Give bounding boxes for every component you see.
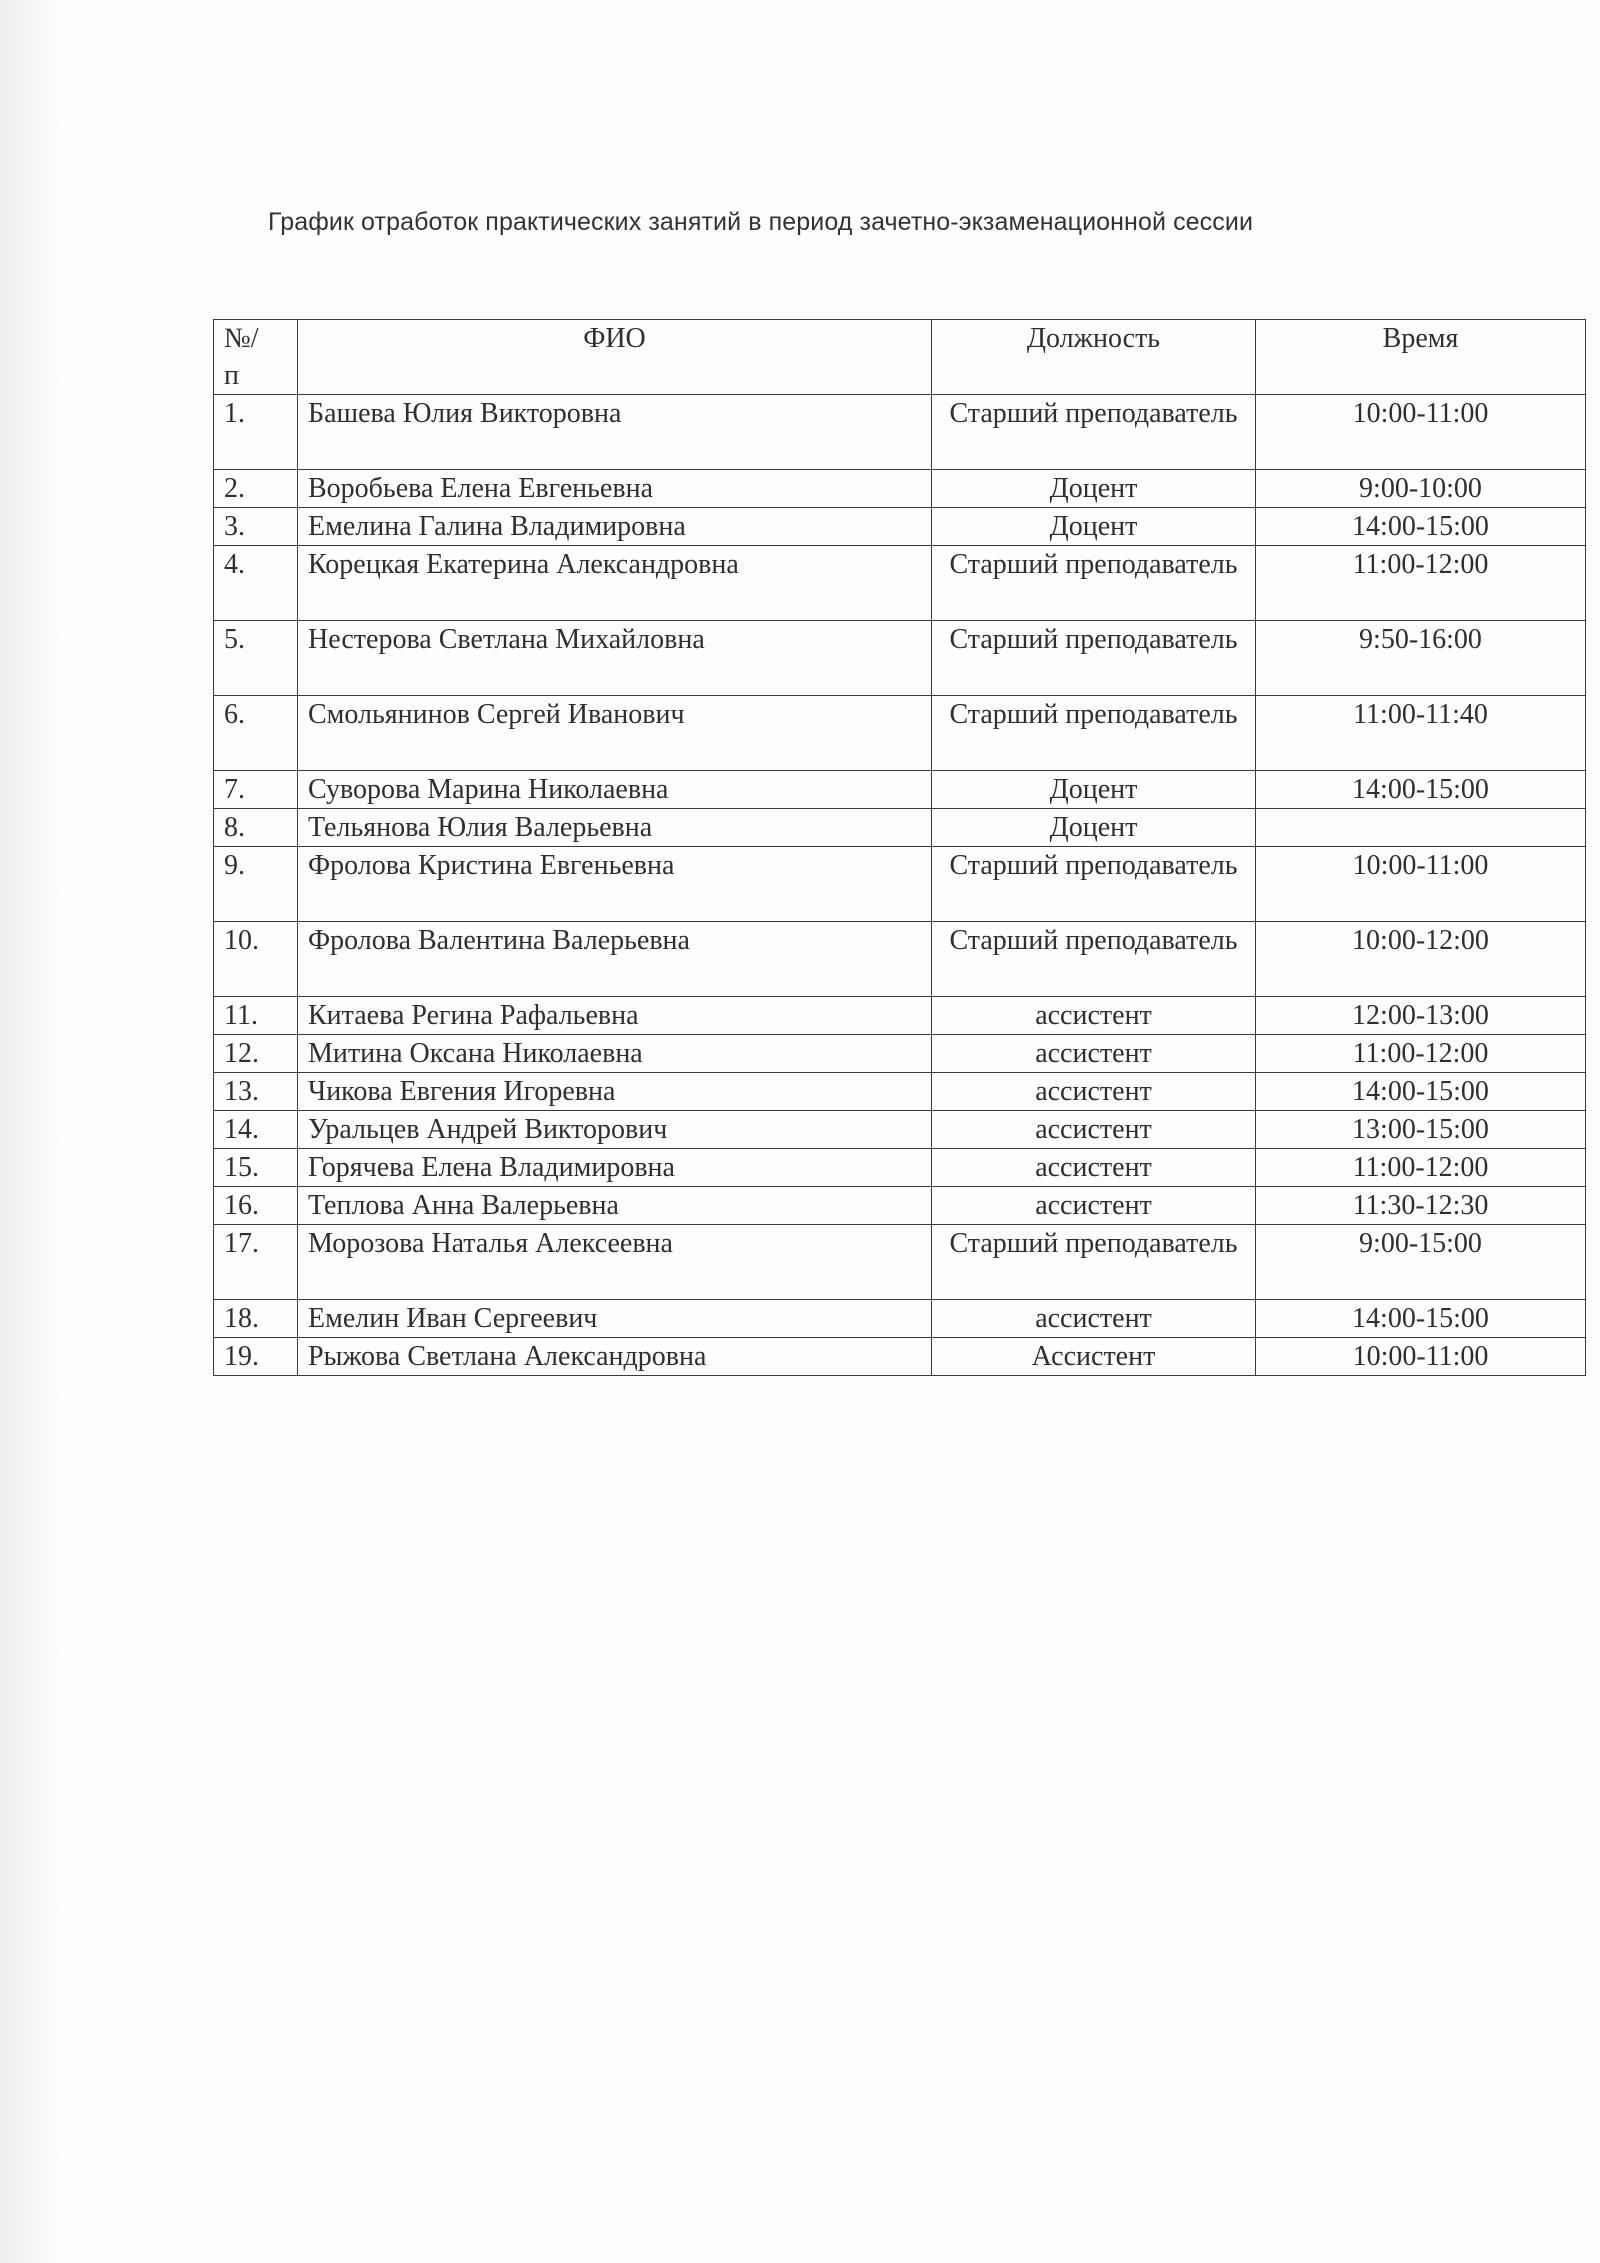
row-position: ассистент [932, 1149, 1256, 1187]
header-number: №/п [214, 320, 298, 395]
table-row: 16.Теплова Анна Валерьевнаассистент11:30… [214, 1187, 1586, 1225]
table-row: 17.Морозова Наталья АлексеевнаСтарший пр… [214, 1225, 1586, 1300]
header-full-name: ФИО [298, 320, 932, 395]
row-number: 17. [214, 1225, 298, 1300]
table-row: 14.Уральцев Андрей Викторовичассистент13… [214, 1111, 1586, 1149]
row-time: 12:00-13:00 [1256, 997, 1586, 1035]
row-time: 9:00-10:00 [1256, 470, 1586, 508]
row-full-name: Митина Оксана Николаевна [298, 1035, 932, 1073]
row-position: ассистент [932, 1187, 1256, 1225]
row-number: 3. [214, 508, 298, 546]
row-full-name: Тельянова Юлия Валерьевна [298, 809, 932, 847]
row-time: 10:00-11:00 [1256, 1338, 1586, 1376]
row-position: Старший преподаватель [932, 696, 1256, 771]
table-row: 9.Фролова Кристина ЕвгеньевнаСтарший пре… [214, 847, 1586, 922]
row-position: ассистент [932, 1111, 1256, 1149]
row-number: 5. [214, 621, 298, 696]
row-position: Ассистент [932, 1338, 1256, 1376]
row-time: 11:00-12:00 [1256, 1035, 1586, 1073]
row-full-name: Теплова Анна Валерьевна [298, 1187, 932, 1225]
row-time: 9:50-16:00 [1256, 621, 1586, 696]
row-full-name: Фролова Кристина Евгеньевна [298, 847, 932, 922]
row-full-name: Корецкая Екатерина Александровна [298, 546, 932, 621]
row-number: 8. [214, 809, 298, 847]
table-body: 1.Башева Юлия ВикторовнаСтарший преподав… [214, 395, 1586, 1376]
table-row: 13.Чикова Евгения Игоревнаассистент14:00… [214, 1073, 1586, 1111]
row-position: Старший преподаватель [932, 922, 1256, 997]
row-number: 14. [214, 1111, 298, 1149]
row-time: 10:00-11:00 [1256, 395, 1586, 470]
table-row: 2.Воробьева Елена ЕвгеньевнаДоцент9:00-1… [214, 470, 1586, 508]
row-time: 11:00-12:00 [1256, 1149, 1586, 1187]
row-number: 4. [214, 546, 298, 621]
row-full-name: Китаева Регина Рафальевна [298, 997, 932, 1035]
row-number: 15. [214, 1149, 298, 1187]
row-full-name: Емелин Иван Сергеевич [298, 1300, 932, 1338]
row-number: 10. [214, 922, 298, 997]
row-full-name: Горячева Елена Владимировна [298, 1149, 932, 1187]
row-time: 11:00-12:00 [1256, 546, 1586, 621]
row-time: 14:00-15:00 [1256, 771, 1586, 809]
row-full-name: Нестерова Светлана Михайловна [298, 621, 932, 696]
row-number: 16. [214, 1187, 298, 1225]
row-time: 14:00-15:00 [1256, 1073, 1586, 1111]
table-row: 19.Рыжова Светлана АлександровнаАссистен… [214, 1338, 1586, 1376]
row-position: Доцент [932, 508, 1256, 546]
row-number: 2. [214, 470, 298, 508]
row-full-name: Чикова Евгения Игоревна [298, 1073, 932, 1111]
row-position: Старший преподаватель [932, 395, 1256, 470]
row-number: 12. [214, 1035, 298, 1073]
row-position: ассистент [932, 1035, 1256, 1073]
row-full-name: Рыжова Светлана Александровна [298, 1338, 932, 1376]
scan-edge-shadow [0, 0, 60, 2263]
row-number: 7. [214, 771, 298, 809]
row-position: Старший преподаватель [932, 1225, 1256, 1300]
row-time: 10:00-12:00 [1256, 922, 1586, 997]
document-title: График отработок практических занятий в … [268, 208, 1253, 237]
row-position: ассистент [932, 1300, 1256, 1338]
row-position: Доцент [932, 809, 1256, 847]
table-row: 3.Емелина Галина ВладимировнаДоцент14:00… [214, 508, 1586, 546]
row-time: 14:00-15:00 [1256, 1300, 1586, 1338]
row-position: ассистент [932, 997, 1256, 1035]
row-time: 13:00-15:00 [1256, 1111, 1586, 1149]
row-full-name: Морозова Наталья Алексеевна [298, 1225, 932, 1300]
row-full-name: Воробьева Елена Евгеньевна [298, 470, 932, 508]
row-full-name: Фролова Валентина Валерьевна [298, 922, 932, 997]
table-row: 15.Горячева Елена Владимировнаассистент1… [214, 1149, 1586, 1187]
row-number: 18. [214, 1300, 298, 1338]
row-position: Старший преподаватель [932, 546, 1256, 621]
row-number: 13. [214, 1073, 298, 1111]
row-time: 11:00-11:40 [1256, 696, 1586, 771]
schedule-table: №/п ФИО Должность Время 1.Башева Юлия Ви… [213, 319, 1586, 1376]
table-row: 1.Башева Юлия ВикторовнаСтарший преподав… [214, 395, 1586, 470]
row-time: 9:00-15:00 [1256, 1225, 1586, 1300]
table-row: 5.Нестерова Светлана МихайловнаСтарший п… [214, 621, 1586, 696]
row-number: 1. [214, 395, 298, 470]
row-time [1256, 809, 1586, 847]
row-full-name: Емелина Галина Владимировна [298, 508, 932, 546]
row-position: ассистент [932, 1073, 1256, 1111]
row-position: Доцент [932, 771, 1256, 809]
row-full-name: Смольянинов Сергей Иванович [298, 696, 932, 771]
row-number: 19. [214, 1338, 298, 1376]
table-row: 10.Фролова Валентина ВалерьевнаСтарший п… [214, 922, 1586, 997]
table-row: 11.Китаева Регина Рафальевнаассистент12:… [214, 997, 1586, 1035]
table-row: 7.Суворова Марина НиколаевнаДоцент14:00-… [214, 771, 1586, 809]
row-time: 11:30-12:30 [1256, 1187, 1586, 1225]
table-row: 8.Тельянова Юлия ВалерьевнаДоцент [214, 809, 1586, 847]
row-full-name: Башева Юлия Викторовна [298, 395, 932, 470]
table-header-row: №/п ФИО Должность Время [214, 320, 1586, 395]
header-position: Должность [932, 320, 1256, 395]
row-position: Старший преподаватель [932, 621, 1256, 696]
table-row: 12.Митина Оксана Николаевнаассистент11:0… [214, 1035, 1586, 1073]
row-number: 11. [214, 997, 298, 1035]
row-position: Доцент [932, 470, 1256, 508]
row-position: Старший преподаватель [932, 847, 1256, 922]
table-row: 6.Смольянинов Сергей ИвановичСтарший пре… [214, 696, 1586, 771]
row-number: 9. [214, 847, 298, 922]
row-full-name: Суворова Марина Николаевна [298, 771, 932, 809]
row-full-name: Уральцев Андрей Викторович [298, 1111, 932, 1149]
row-number: 6. [214, 696, 298, 771]
table-row: 18.Емелин Иван Сергеевичассистент14:00-1… [214, 1300, 1586, 1338]
row-time: 10:00-11:00 [1256, 847, 1586, 922]
header-time: Время [1256, 320, 1586, 395]
row-time: 14:00-15:00 [1256, 508, 1586, 546]
table-row: 4.Корецкая Екатерина АлександровнаСтарши… [214, 546, 1586, 621]
